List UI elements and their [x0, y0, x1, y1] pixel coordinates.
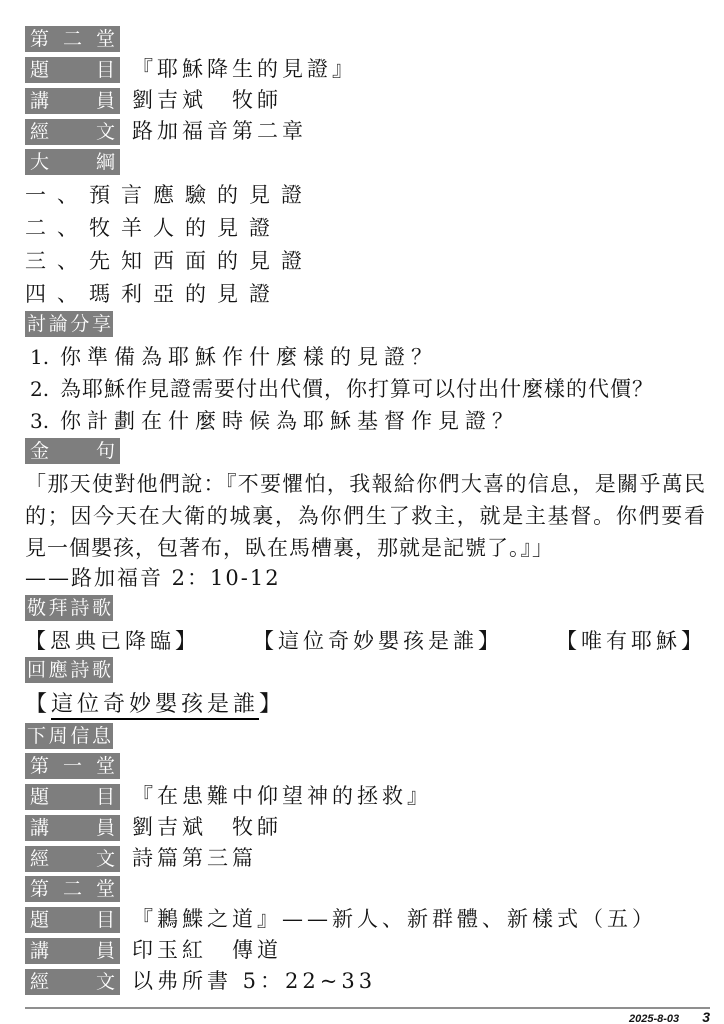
outline-item: 三、先知西面的見證 [25, 245, 706, 278]
next-week-2-title-row: 題目 『鶼鰈之道』——新人、新群體、新樣式（五） [25, 906, 706, 933]
session-2-header: 第二堂 [25, 26, 120, 52]
response-song: 【這位奇妙嬰孩是誰】 [25, 687, 706, 723]
next-week-header: 下周信息 [25, 723, 113, 749]
scripture-ref: 詩篇第三篇 [132, 845, 257, 872]
golden-verse-text: 「那天使對他們說：『不要懼怕，我報給你們大喜的信息，是關乎萬民的；因今天在大衛的… [25, 468, 706, 564]
song-title: 【這位奇妙嬰孩是誰】 [253, 625, 503, 657]
title-label: 題目 [25, 907, 120, 933]
scripture-label: 經文 [25, 119, 120, 145]
golden-verse-header: 金句 [25, 438, 120, 464]
worship-songs-header: 敬拜詩歌 [25, 595, 113, 621]
question-number: 2. [30, 373, 60, 405]
next-week-2-scripture-row: 經文 以弗所書 5：22~33 [25, 968, 706, 995]
scripture-label: 經文 [25, 846, 120, 872]
question-item: 1. 你準備為耶穌作什麼樣的見證？ [25, 341, 706, 373]
question-number: 3. [30, 405, 60, 437]
title-label: 題目 [25, 57, 120, 83]
golden-verse-reference: ——路加福音 2：10-12 [25, 564, 706, 592]
speaker-row: 講員 劉吉斌 牧師 [25, 87, 706, 114]
bulletin-page: 第二堂 題目 『耶穌降生的見證』 講員 劉吉斌 牧師 經文 路加福音第二章 大綱… [0, 0, 724, 1024]
song-title: 【恩典已降臨】 [25, 625, 200, 657]
scripture-row: 經文 路加福音第二章 [25, 118, 706, 145]
bracket-close: 】 [259, 692, 285, 717]
response-song-title: 這位奇妙嬰孩是誰 [51, 692, 259, 720]
speaker-name: 印玉紅 傳道 [132, 937, 282, 964]
song-title: 【唯有耶穌】 [556, 625, 706, 657]
question-text: 你準備為耶穌作什麼樣的見證？ [60, 341, 438, 373]
next-week-session-1-header: 第一堂 [25, 753, 120, 779]
question-item: 3. 你計劃在什麼時候為耶穌基督作見證？ [25, 405, 706, 437]
bracket-open: 【 [25, 692, 51, 717]
question-number: 1. [30, 341, 60, 373]
next-week-1-scripture-row: 經文 詩篇第三篇 [25, 845, 706, 872]
speaker-label: 講員 [25, 938, 120, 964]
outline-header: 大綱 [25, 149, 120, 175]
question-text: 為耶穌作見證需要付出代價，你打算可以付出什麼樣的代價？ [60, 373, 654, 405]
next-week-2-speaker-row: 講員 印玉紅 傳道 [25, 937, 706, 964]
worship-songs-list: 【恩典已降臨】 【這位奇妙嬰孩是誰】 【唯有耶穌】 [25, 625, 706, 657]
speaker-label: 講員 [25, 88, 120, 114]
speaker-label: 講員 [25, 815, 120, 841]
outline-list: 一、預言應驗的見證 二、牧羊人的見證 三、先知西面的見證 四、瑪利亞的見證 [25, 179, 706, 311]
outline-item: 四、瑪利亞的見證 [25, 278, 706, 311]
sermon-title-row: 題目 『耶穌降生的見證』 [25, 56, 706, 83]
scripture-ref: 路加福音第二章 [132, 118, 307, 145]
scripture-ref: 以弗所書 5：22~33 [132, 968, 376, 995]
sermon-title: 『耶穌降生的見證』 [132, 56, 357, 83]
sermon-title: 『在患難中仰望神的拯救』 [132, 783, 432, 810]
next-week-session-2-header: 第二堂 [25, 876, 120, 902]
discussion-questions: 1. 你準備為耶穌作什麼樣的見證？ 2. 為耶穌作見證需要付出代價，你打算可以付… [25, 341, 706, 437]
page-footer: 2025-8-03 3 [25, 1007, 710, 1024]
outline-item: 一、預言應驗的見證 [25, 179, 706, 212]
footer-date: 2025-8-03 [629, 1013, 679, 1024]
page-number: 3 [702, 1009, 710, 1024]
question-item: 2. 為耶穌作見證需要付出代價，你打算可以付出什麼樣的代價？ [25, 373, 706, 405]
speaker-name: 劉吉斌 牧師 [132, 87, 282, 114]
response-song-header: 回應詩歌 [25, 657, 113, 683]
next-week-1-speaker-row: 講員 劉吉斌 牧師 [25, 814, 706, 841]
sermon-title: 『鶼鰈之道』——新人、新群體、新樣式（五） [132, 906, 657, 933]
next-week-1-title-row: 題目 『在患難中仰望神的拯救』 [25, 783, 706, 810]
title-label: 題目 [25, 784, 120, 810]
speaker-name: 劉吉斌 牧師 [132, 814, 282, 841]
scripture-label: 經文 [25, 969, 120, 995]
outline-item: 二、牧羊人的見證 [25, 212, 706, 245]
question-text: 你計劃在什麼時候為耶穌基督作見證？ [60, 405, 519, 437]
discussion-header: 討論分享 [25, 311, 113, 337]
